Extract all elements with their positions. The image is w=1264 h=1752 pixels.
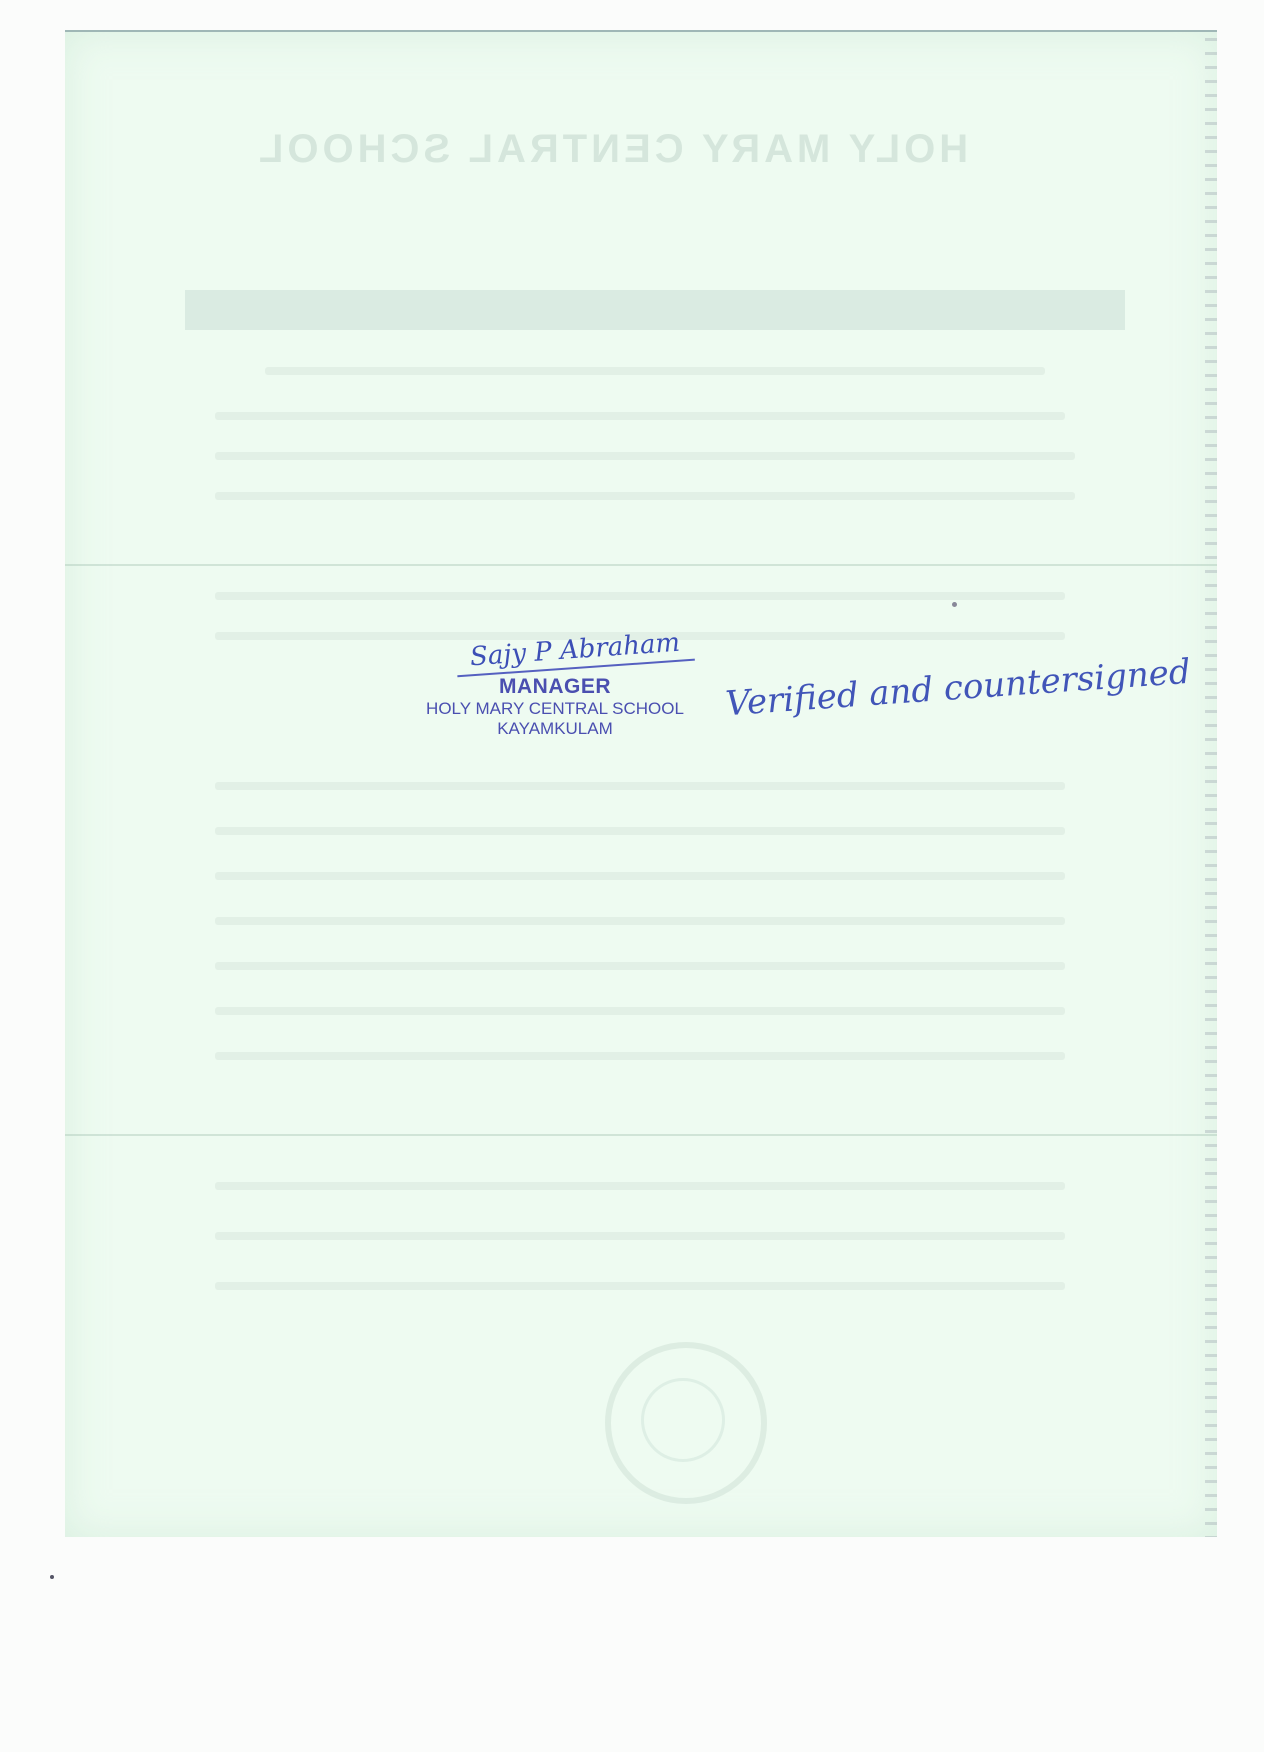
bleed-through-line [215, 827, 1065, 835]
seal-role: MANAGER [405, 675, 705, 699]
bleed-through-line [215, 1007, 1065, 1015]
bleed-through-line [215, 492, 1075, 500]
bleed-through-stamp [605, 1342, 767, 1504]
fold-line [65, 564, 1217, 566]
bleed-through-line [215, 962, 1065, 970]
bleed-through-line [215, 412, 1065, 420]
perforated-edge [1205, 32, 1217, 1537]
seal-location: KAYAMKULAM [405, 719, 705, 739]
bleed-through-line [215, 1052, 1065, 1060]
bleed-through-band [185, 290, 1125, 330]
bleed-through-line [265, 367, 1045, 375]
scan-speck [50, 1575, 54, 1579]
bleed-through-line [215, 872, 1065, 880]
manager-signature: Sajy P Abraham [455, 627, 695, 678]
fold-line [65, 1134, 1217, 1136]
bleed-through-line [215, 1182, 1065, 1190]
seal-organization: HOLY MARY CENTRAL SCHOOL [405, 699, 705, 719]
scanned-paper: HOLY MARY CENTRAL SCHOOL [65, 30, 1217, 1537]
scan-speck [952, 602, 957, 607]
manager-seal: Sajy P Abraham MANAGER HOLY MARY CENTRAL… [405, 635, 705, 739]
bleed-through-line [215, 917, 1065, 925]
bleed-through-line [215, 1282, 1065, 1290]
bleed-through-line [215, 452, 1075, 460]
bleed-through-line [215, 1232, 1065, 1240]
bleed-through-line [215, 592, 1065, 600]
bleed-through-title: HOLY MARY CENTRAL SCHOOL [255, 127, 968, 172]
bleed-through-line [215, 782, 1065, 790]
